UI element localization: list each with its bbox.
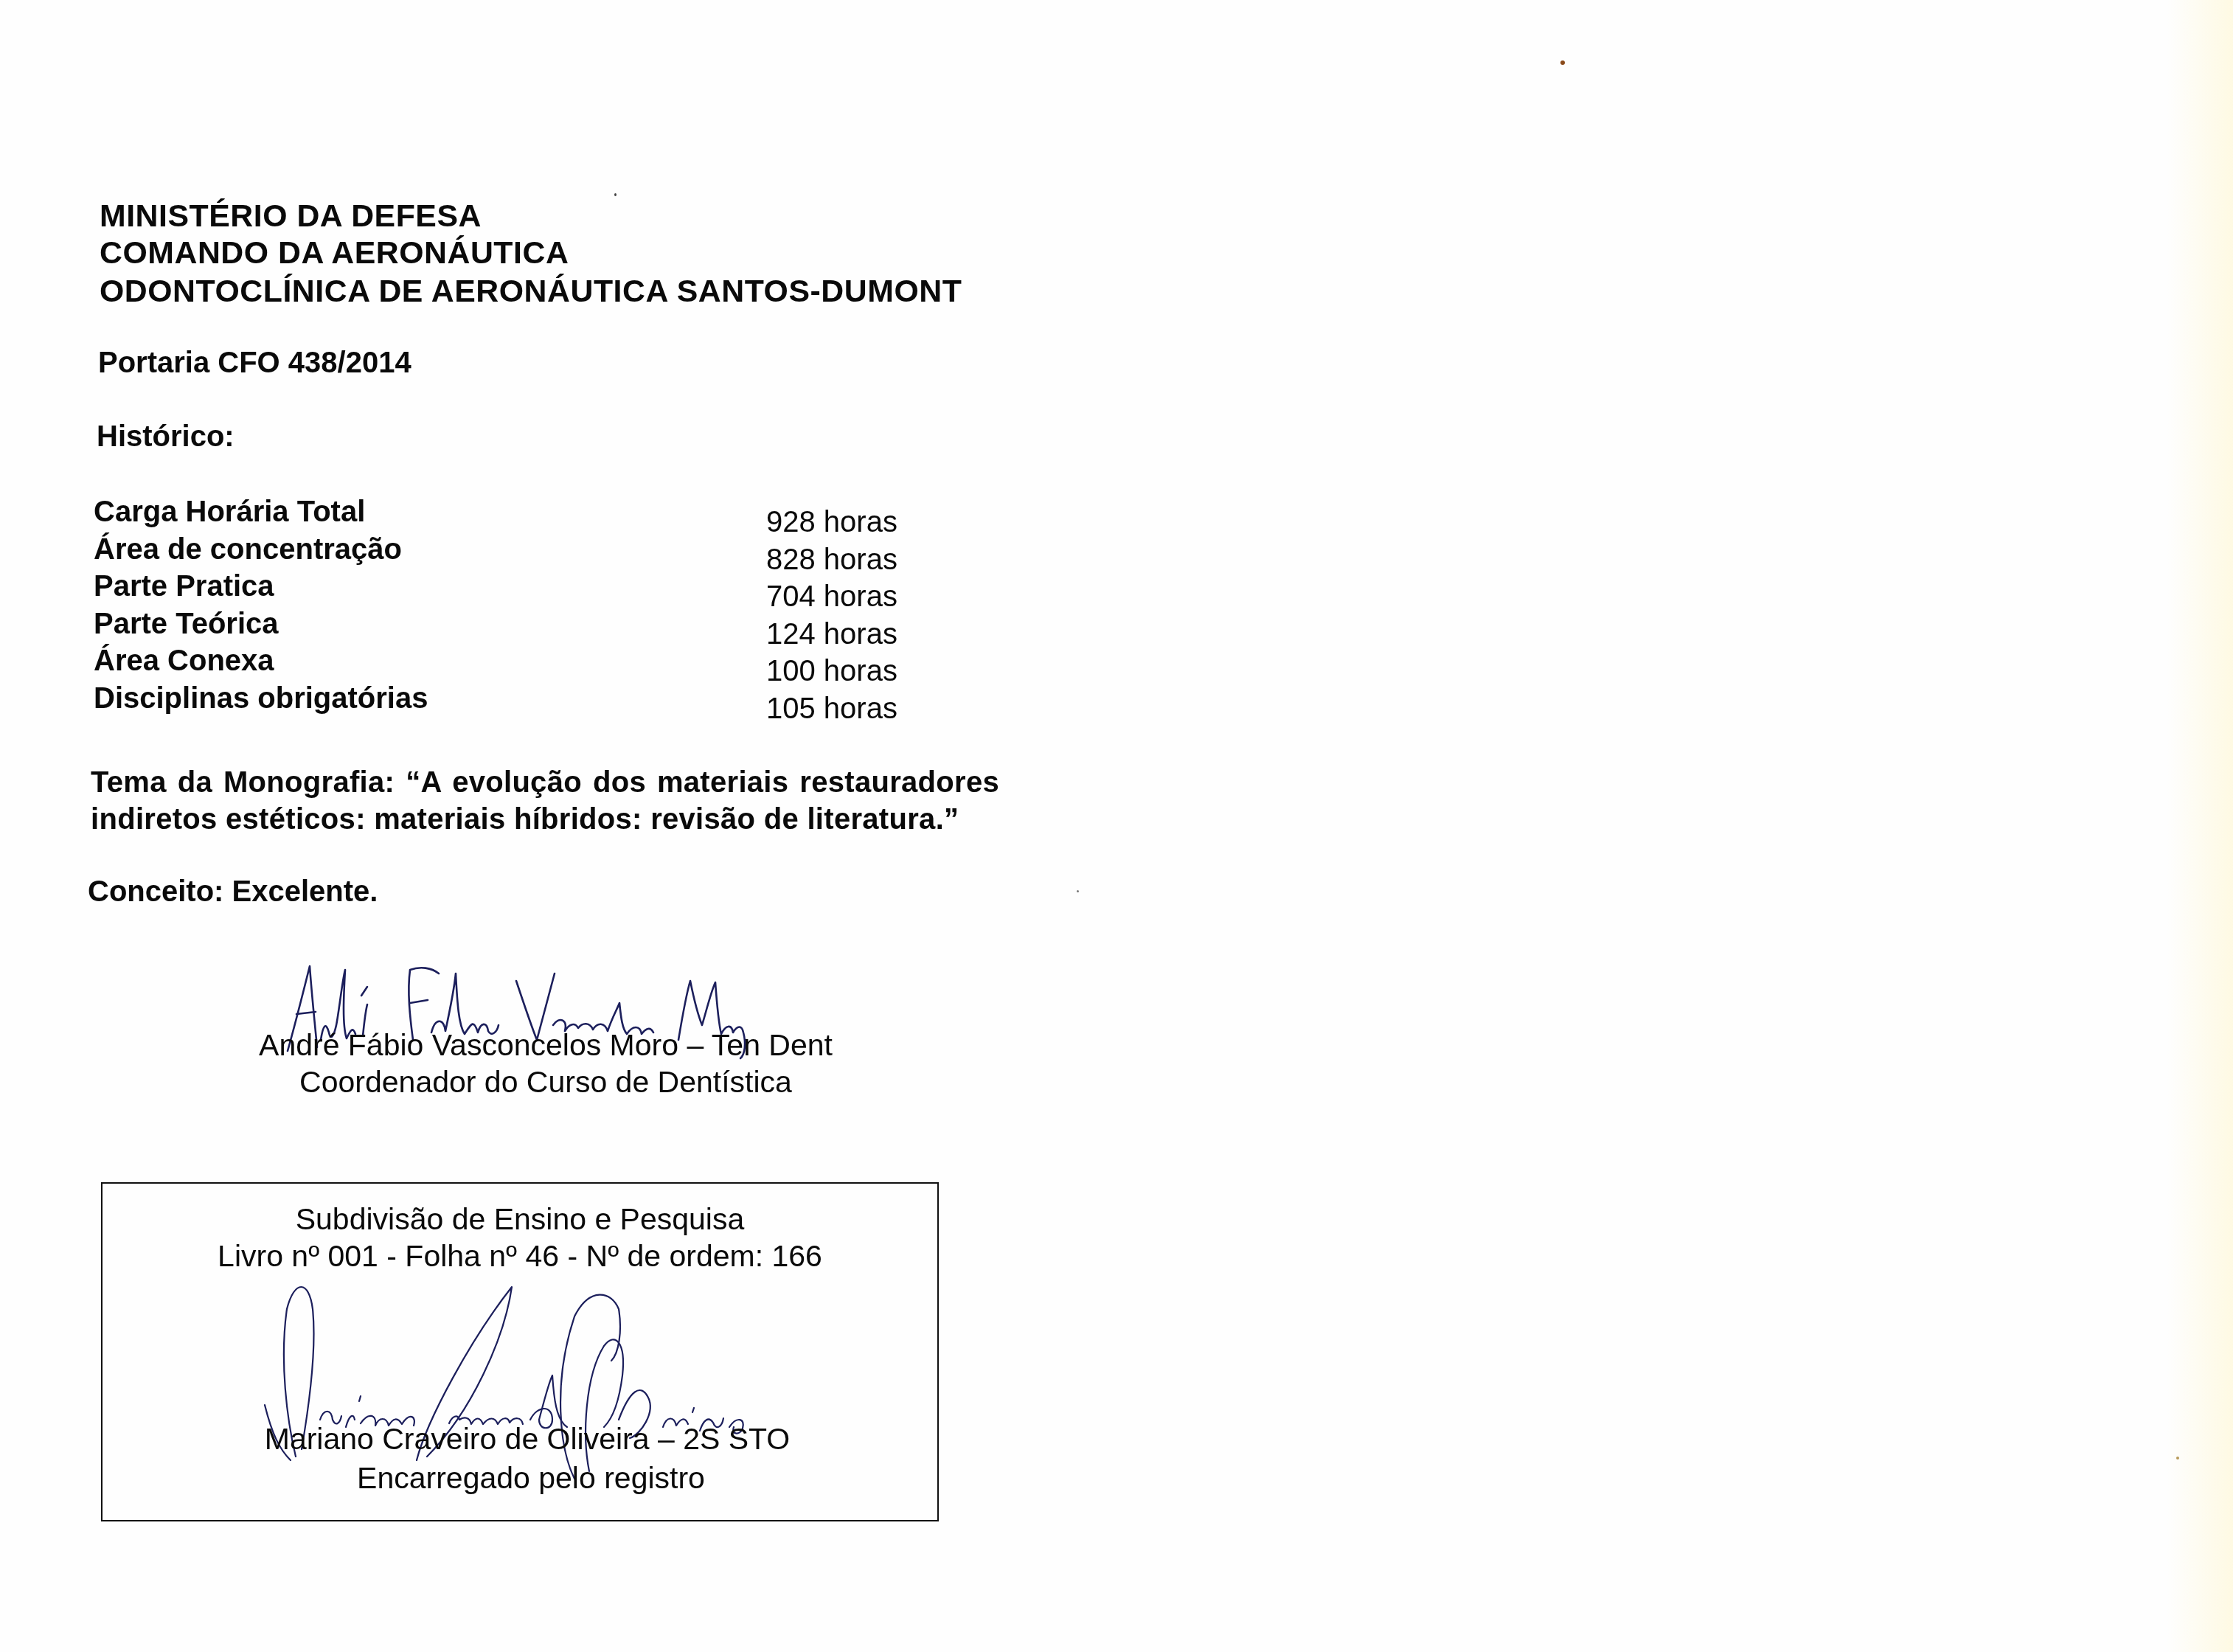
paper-edge-tint (2167, 0, 2233, 1652)
header-clinic: ODONTOCLÍNICA DE AERONÁUTICA SANTOS-DUMO… (100, 273, 962, 310)
hours-table: Carga Horária Total 928 horas Área de co… (94, 496, 920, 719)
paper-speck (2176, 1457, 2179, 1460)
paper-speck (1560, 60, 1565, 65)
hours-label: Disciplinas obrigatórias (94, 682, 428, 715)
registry-stamp-box: Subdivisão de Ensino e Pesquisa Livro nº… (101, 1182, 939, 1521)
registry-officer-role: Encarregado pelo registro (103, 1461, 937, 1496)
hours-row: Área Conexa 100 horas (94, 645, 920, 682)
registry-title: Subdivisão de Ensino e Pesquisa (103, 1202, 937, 1237)
hours-label: Carga Horária Total (94, 496, 365, 529)
paper-speck (614, 193, 617, 196)
hours-row: Parte Teórica 124 horas (94, 608, 920, 645)
handwritten-signature-icon (250, 1272, 840, 1493)
hours-label: Parte Teórica (94, 608, 279, 641)
monografia-theme: Tema da Monografia: “A evolução dos mate… (91, 764, 999, 838)
header-ministry: MINISTÉRIO DA DEFESA (100, 198, 962, 235)
coordinator-signature-block: André Fábio Vasconcelos Moro – Ten Dent … (206, 959, 885, 1106)
registry-officer-name: Mariano Craveiro de Oliveira – 2S STO (103, 1422, 937, 1457)
hours-label: Parte Pratica (94, 570, 274, 603)
historico-heading: Histórico: (97, 420, 235, 454)
paper-speck (1077, 890, 1079, 892)
monografia-grade: Conceito: Excelente. (88, 875, 378, 909)
portaria-reference: Portaria CFO 438/2014 (98, 347, 411, 380)
hours-value: 105 horas (766, 693, 897, 726)
coordinator-role: Coordenador do Curso de Dentística (206, 1065, 885, 1100)
registry-record: Livro nº 001 - Folha nº 46 - Nº de ordem… (103, 1239, 937, 1274)
hours-row: Área de concentração 828 horas (94, 533, 920, 571)
hours-row: Carga Horária Total 928 horas (94, 496, 920, 533)
document-header: MINISTÉRIO DA DEFESA COMANDO DA AERONÁUT… (100, 198, 945, 310)
header-command: COMANDO DA AERONÁUTICA (100, 235, 962, 271)
hours-label: Área de concentração (94, 533, 402, 566)
hours-row: Disciplinas obrigatórias 105 horas (94, 682, 920, 720)
hours-label: Área Conexa (94, 645, 274, 678)
coordinator-name: André Fábio Vasconcelos Moro – Ten Dent (206, 1028, 885, 1063)
hours-row: Parte Pratica 704 horas (94, 570, 920, 608)
